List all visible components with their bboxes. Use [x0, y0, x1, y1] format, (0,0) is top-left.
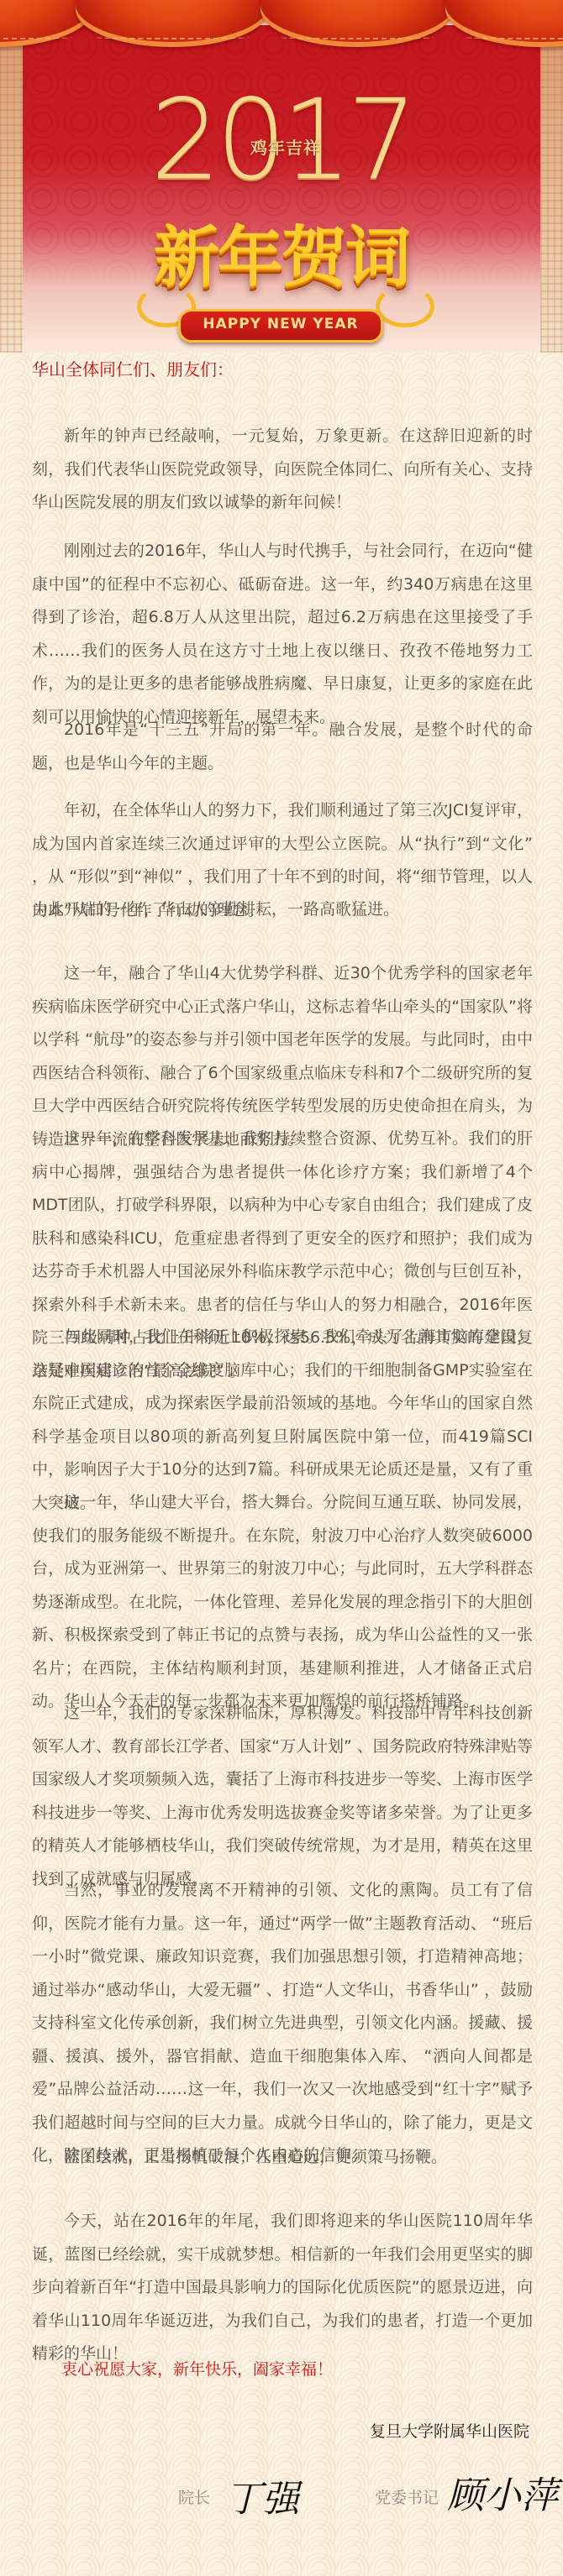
header-banner: 2017 鸡年吉祥 新年贺词 HAPPY NEW YEAR — [0, 0, 563, 353]
president-signature: 丁强 — [225, 2469, 299, 2522]
paragraph-11: 当然，事业的发展离不开精神的引领、文化的熏陶。员工有了信仰，医院才能有力量。这一… — [32, 1874, 533, 2173]
paragraph-13: 今天，站在2016年的年尾，我们即将迎来的华山医院110周年华诞，蓝图已经绘就，… — [32, 2205, 533, 2371]
paragraph-1: 新年的钟声已经敲响，一元复始，万象更新。在这辞旧迎新的时刻，我们代表华山医院党政… — [32, 420, 533, 520]
page-title: 新年贺词 — [0, 220, 563, 296]
new-year-letter-page: 2017 鸡年吉祥 新年贺词 HAPPY NEW YEAR 华山全体同仁们、朋友… — [0, 0, 563, 2576]
paragraph-5: 由此开端的一年，华山人辛勤耕耘，一路高歌猛进。 — [32, 893, 533, 927]
year-tagline: 鸡年吉祥 — [250, 134, 321, 159]
paragraph-3: 2016年是“十三五”开局的第一年。融合发展，是整个时代的命题，也是华山今年的主… — [32, 714, 533, 780]
letter-greeting: 华山全体同仁们、朋友们： — [32, 356, 234, 380]
paragraph-10: 这一年，我们的专家深耕临床，厚积薄发。科技部中青年科技创新领军人才、教育部长江学… — [32, 1697, 533, 1896]
closing-wishes: 衷心祝愿大家，新年快乐，阖家幸福！ — [61, 2357, 333, 2380]
paragraph-12: 蓝图绘就，正当扬帆破浪；任重道远，更须策马扬鞭。 — [32, 2141, 533, 2175]
paragraph-9: 这一年，华山建大平台，搭大舞台。分院间互通互联、协同发展，使我们的服务能级不断提… — [32, 1486, 533, 1719]
party-secretary-signature: 顾小萍 — [447, 2465, 558, 2519]
organization-name: 复旦大学附属华山医院 — [370, 2419, 529, 2442]
subtitle-text: HAPPY NEW YEAR — [181, 316, 381, 332]
party-secretary-title: 党委书记 — [375, 2485, 439, 2508]
subtitle-ribbon: HAPPY NEW YEAR — [178, 309, 383, 343]
paragraph-2: 刚刚过去的2016年，华山人与时代携手，与社会同行，在迈向“健康中国”的征程中不… — [32, 535, 533, 734]
curtain-valance-icon — [0, 0, 563, 52]
president-title: 院长 — [178, 2485, 210, 2508]
